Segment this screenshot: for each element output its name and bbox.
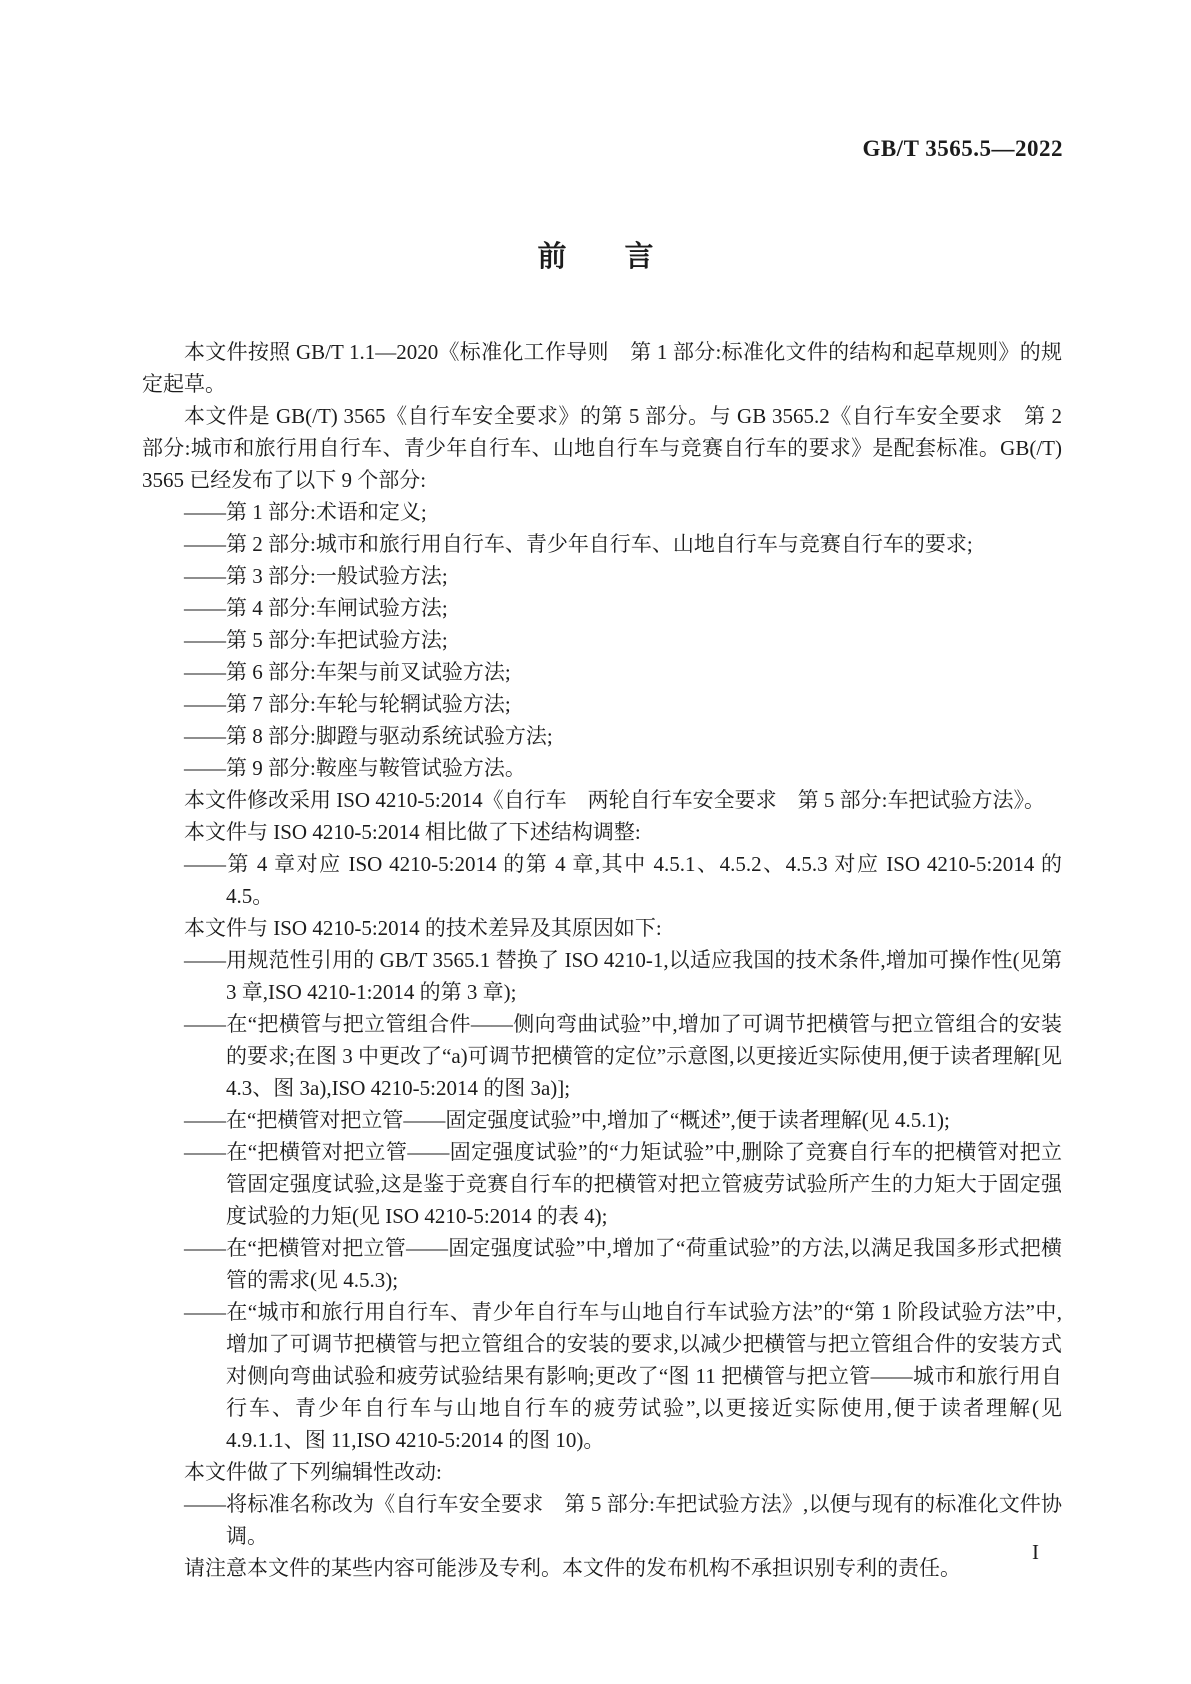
foreword-list-item: ——第 8 部分:脚蹬与驱动系统试验方法;: [142, 720, 1062, 752]
foreword-list-item: ——第 6 部分:车架与前叉试验方法;: [142, 656, 1062, 688]
foreword-paragraph: 本文件按照 GB/T 1.1—2020《标准化工作导则 第 1 部分:标准化文件…: [142, 336, 1062, 400]
foreword-list-item: ——用规范性引用的 GB/T 3565.1 替换了 ISO 4210-1,以适应…: [142, 944, 1062, 1008]
foreword-paragraph: 本文件做了下列编辑性改动:: [142, 1456, 1062, 1488]
foreword-list-item: ——在“把横管对把立管——固定强度试验”中,增加了“概述”,便于读者理解(见 4…: [142, 1104, 1062, 1136]
foreword-list-item: ——第 4 章对应 ISO 4210-5:2014 的第 4 章,其中 4.5.…: [142, 848, 1062, 912]
foreword-paragraph: 本文件是 GB(/T) 3565《自行车安全要求》的第 5 部分。与 GB 35…: [142, 400, 1062, 496]
foreword-list-item: ——在“把横管与把立管组合件——侧向弯曲试验”中,增加了可调节把横管与把立管组合…: [142, 1008, 1062, 1104]
page-number: I: [1032, 1540, 1039, 1565]
foreword-list-item: ——第 7 部分:车轮与轮辋试验方法;: [142, 688, 1062, 720]
foreword-paragraph: 本文件修改采用 ISO 4210-5:2014《自行车 两轮自行车安全要求 第 …: [142, 784, 1062, 816]
foreword-body: 本文件按照 GB/T 1.1—2020《标准化工作导则 第 1 部分:标准化文件…: [142, 336, 1062, 1584]
foreword-paragraph: 本文件与 ISO 4210-5:2014 的技术差异及其原因如下:: [142, 912, 1062, 944]
foreword-list-item: ——第 2 部分:城市和旅行用自行车、青少年自行车、山地自行车与竞赛自行车的要求…: [142, 528, 1062, 560]
foreword-paragraph: 请注意本文件的某些内容可能涉及专利。本文件的发布机构不承担识别专利的责任。: [142, 1552, 1062, 1584]
foreword-list-item: ——将标准名称改为《自行车安全要求 第 5 部分:车把试验方法》,以便与现有的标…: [142, 1488, 1062, 1552]
document-page: GB/T 3565.5—2022 前 言 本文件按照 GB/T 1.1—2020…: [0, 0, 1191, 1684]
foreword-list-item: ——在“把横管对把立管——固定强度试验”的“力矩试验”中,删除了竞赛自行车的把横…: [142, 1136, 1062, 1232]
foreword-list-item: ——第 1 部分:术语和定义;: [142, 496, 1062, 528]
standard-number: GB/T 3565.5—2022: [862, 136, 1063, 162]
page-title: 前 言: [0, 234, 1191, 275]
foreword-paragraph: 本文件与 ISO 4210-5:2014 相比做了下述结构调整:: [142, 816, 1062, 848]
foreword-list-item: ——第 9 部分:鞍座与鞍管试验方法。: [142, 752, 1062, 784]
foreword-list-item: ——第 3 部分:一般试验方法;: [142, 560, 1062, 592]
foreword-list-item: ——第 4 部分:车闸试验方法;: [142, 592, 1062, 624]
foreword-list-item: ——在“城市和旅行用自行车、青少年自行车与山地自行车试验方法”的“第 1 阶段试…: [142, 1296, 1062, 1456]
foreword-list-item: ——第 5 部分:车把试验方法;: [142, 624, 1062, 656]
foreword-list-item: ——在“把横管对把立管——固定强度试验”中,增加了“荷重试验”的方法,以满足我国…: [142, 1232, 1062, 1296]
